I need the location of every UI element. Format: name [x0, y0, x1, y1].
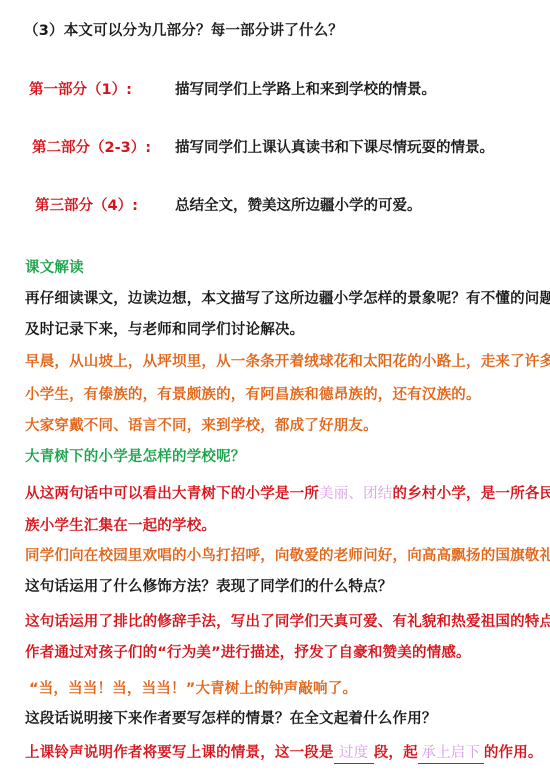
- part-desc: 描写同学们上课认真读书和下课尽情玩耍的情景。: [175, 138, 494, 158]
- excerpt1-line-2: 小学生，有傣族的，有景颇族的，有阿昌族和德昂族的，还有汉族的。: [25, 385, 481, 405]
- answer4-line: 上课铃声说明作者将要写上课的情景，这一段是过度段，起承上启下的作用。: [25, 743, 543, 764]
- section-title: 课文解读: [25, 258, 84, 278]
- answer2-line-1: 从这两句话中可以看出大青树下的小学是一所美丽、团结的乡村小学，是一所各民: [25, 484, 550, 504]
- part-label: 第二部分（2-3）:: [32, 138, 151, 158]
- answer2-highlight-beautiful: 美丽: [319, 486, 348, 502]
- question-3: 这句话运用了什么修饰方法？表现了同学们的什么特点？: [25, 577, 393, 597]
- intro-line-1: 再仔细读课文，边读边想，本文描写了这所边疆小学怎样的景象呢？有不懂的问题: [25, 289, 550, 309]
- question-4: 这段话说明接下来作者要写怎样的情景？在全文起着什么作用？: [25, 709, 437, 729]
- part-label: 第三部分（4）:: [35, 196, 138, 216]
- excerpt1-line-1: 早晨，从山坡上，从坪坝里，从一条条开着绒球花和太阳花的小路上，走来了许多: [25, 352, 550, 372]
- answer2-sep: 、: [348, 486, 363, 502]
- answer4-text: 上课铃声说明作者将要写上课的情景，这一段是: [25, 745, 334, 761]
- answer4-text: 的作用。: [484, 745, 543, 761]
- intro-line-2: 及时记录下来，与老师和同学们讨论解决。: [25, 320, 304, 340]
- answer3-line-1: 这句话运用了排比的修辞手法，写出了同学们天真可爱、有礼貌和热爱祖国的特点。: [25, 612, 550, 632]
- part-desc: 总结全文，赞美这所边疆小学的可爱。: [175, 196, 422, 216]
- answer4-blank-2: 承上启下: [418, 743, 484, 764]
- excerpt2: 同学们向在校园里欢唱的小鸟打招呼，向敬爱的老师问好，向高高飘扬的国旗敬礼。: [25, 546, 550, 566]
- answer2-text: 从这两句话中可以看出大青树下的小学是一所: [25, 486, 319, 502]
- question-2: 大青树下的小学是怎样的学校呢？: [25, 447, 246, 467]
- excerpt1-line-3: 大家穿戴不同、语言不同，来到学校，都成了好朋友。: [25, 416, 378, 436]
- excerpt3: “当，当当！当，当当！”大青树上的钟声敲响了。: [29, 679, 357, 699]
- answer2-line-2: 族小学生汇集在一起的学校。: [25, 516, 216, 536]
- answer3-line-2: 作者通过对孩子们的“行为美”进行描述，抒发了自豪和赞美的情感。: [25, 643, 471, 663]
- answer4-text: 段，起: [374, 745, 418, 761]
- answer4-blank-1: 过度: [334, 743, 374, 764]
- answer2-highlight-unity: 团结: [363, 486, 392, 502]
- part-label: 第一部分（1）:: [29, 80, 132, 100]
- part-desc: 描写同学们上学路上和来到学校的情景。: [175, 80, 436, 100]
- question-heading: （3）本文可以分为几部分？每一部分讲了什么？: [24, 21, 343, 41]
- answer2-text: 的乡村小学，是一所各民: [393, 486, 550, 502]
